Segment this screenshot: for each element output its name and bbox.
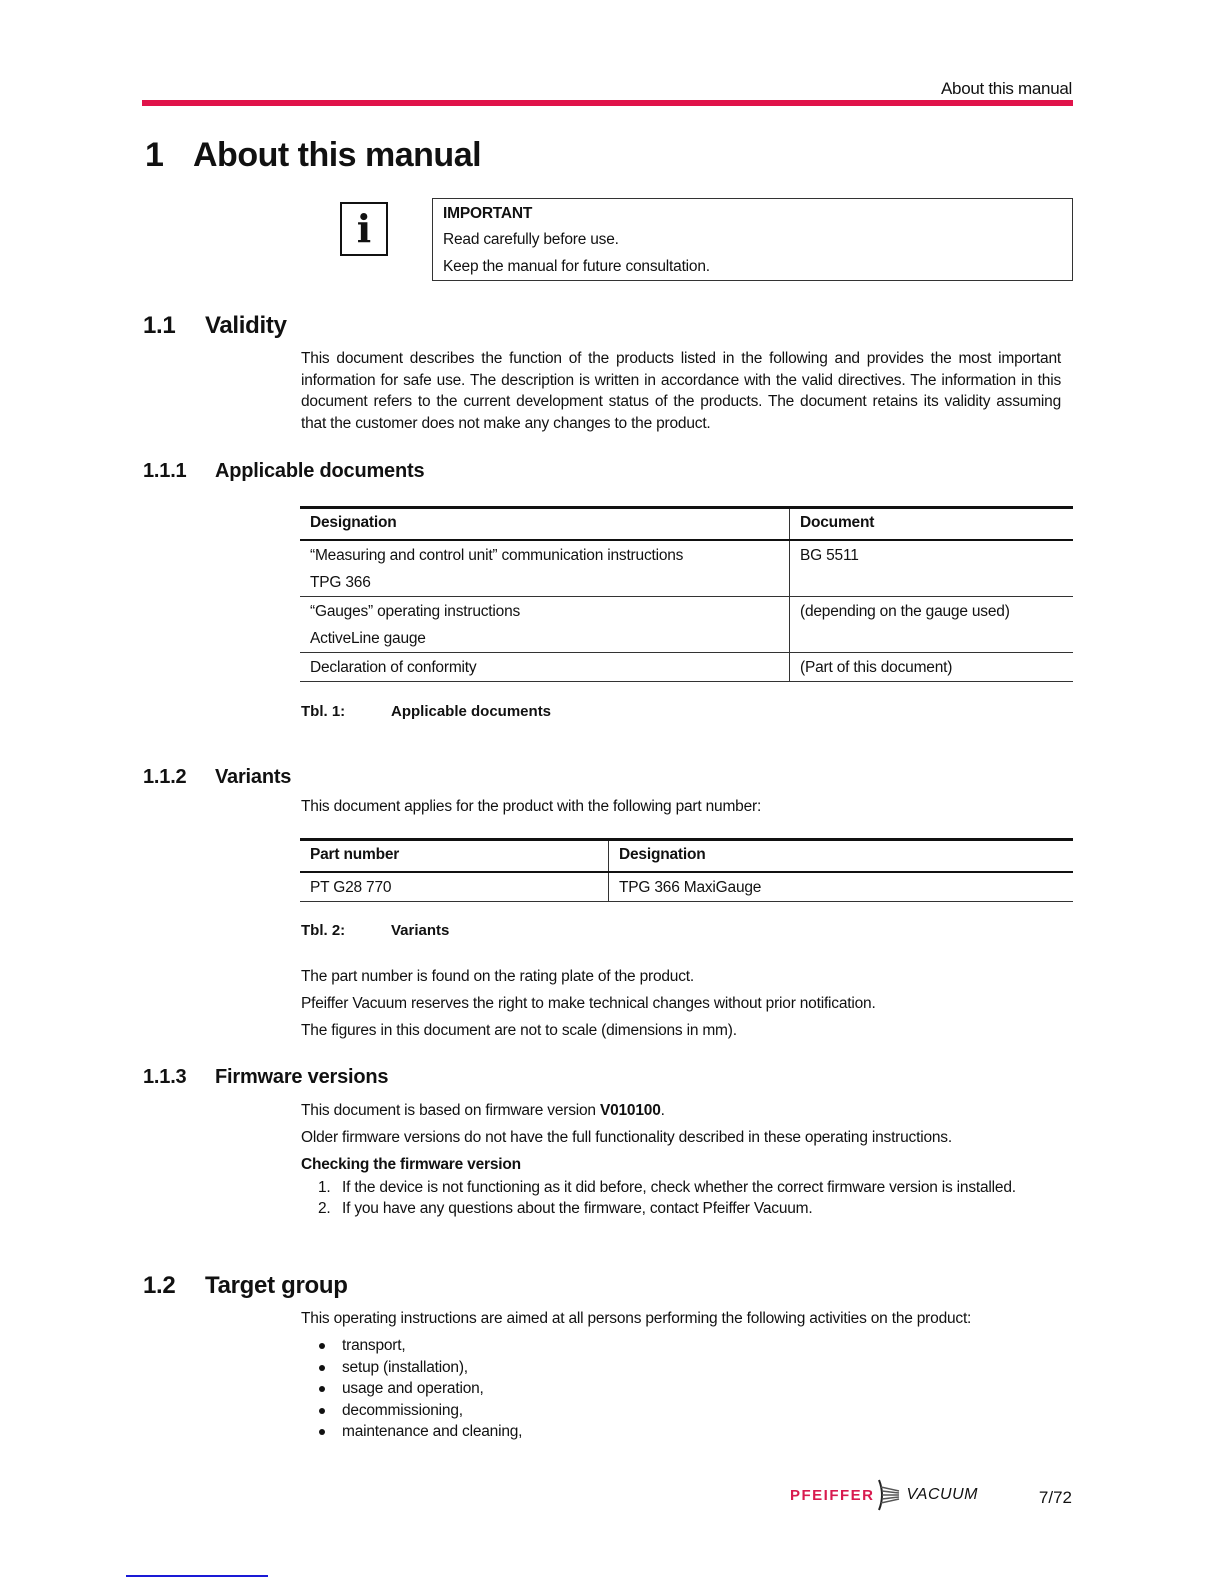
applicable-documents-table: Designation Document “Measuring and cont… xyxy=(300,506,1073,682)
list-item: transport, xyxy=(317,1335,522,1357)
table-caption: Tbl. 1:Applicable documents xyxy=(301,703,551,720)
bullet-icon xyxy=(317,1378,342,1400)
column-header: Document xyxy=(790,508,1074,541)
pfeiffer-vacuum-logo: PFEIFFER VACUUM xyxy=(790,1478,978,1512)
variants-intro: This document applies for the product wi… xyxy=(301,796,761,818)
section-heading-applicable-documents: 1.1.1Applicable documents xyxy=(143,460,424,483)
section-heading-validity: 1.1Validity xyxy=(143,312,287,340)
column-header: Designation xyxy=(609,840,1074,873)
target-group-list: transport, setup (installation), usage a… xyxy=(317,1335,522,1443)
section-heading-firmware: 1.1.3Firmware versions xyxy=(143,1066,388,1089)
step-item: 2.If you have any questions about the fi… xyxy=(318,1198,1053,1219)
note-line: Pfeiffer Vacuum reserves the right to ma… xyxy=(301,990,876,1017)
section-heading-target-group: 1.2Target group xyxy=(143,1272,348,1300)
list-item: maintenance and cleaning, xyxy=(317,1421,522,1443)
chapter-heading: 1About this manual xyxy=(145,136,481,175)
table-row: Declaration of conformity (Part of this … xyxy=(300,653,1073,682)
validity-paragraph: This document describes the function of … xyxy=(301,348,1061,434)
bullet-icon xyxy=(317,1357,342,1379)
info-icon: i xyxy=(340,202,388,256)
firmware-subheading: Checking the firmware version xyxy=(301,1151,952,1178)
bullet-icon xyxy=(317,1335,342,1357)
firmware-version-line: This document is based on firmware versi… xyxy=(301,1097,952,1124)
list-item: decommissioning, xyxy=(317,1400,522,1422)
header-rule xyxy=(142,100,1073,106)
table-row: PT G28 770 TPG 366 MaxiGauge xyxy=(300,872,1073,902)
bullet-icon xyxy=(317,1421,342,1443)
list-item: setup (installation), xyxy=(317,1357,522,1379)
notice-line: Read carefully before use. xyxy=(443,226,1062,253)
logo-text-vacuum: VACUUM xyxy=(907,1486,978,1504)
notice-line: Keep the manual for future consultation. xyxy=(443,253,1062,280)
step-item: 1.If the device is not functioning as it… xyxy=(318,1177,1053,1198)
important-notice: IMPORTANT Read carefully before use. Kee… xyxy=(432,198,1073,281)
logo-mark-icon xyxy=(875,1478,901,1512)
chapter-title: About this manual xyxy=(193,136,481,174)
table-row: “Gauges” operating instructionsActiveLin… xyxy=(300,597,1073,653)
notice-title: IMPORTANT xyxy=(443,202,1062,226)
note-line: The part number is found on the rating p… xyxy=(301,963,876,990)
section-heading-variants: 1.1.2Variants xyxy=(143,766,291,789)
column-header: Part number xyxy=(300,840,609,873)
page-number: 7/72 xyxy=(1000,1488,1072,1508)
variants-table: Part number Designation PT G28 770 TPG 3… xyxy=(300,838,1073,902)
variants-notes: The part number is found on the rating p… xyxy=(301,963,876,1044)
footnote-link-rule xyxy=(126,1575,268,1577)
column-header: Designation xyxy=(300,508,790,541)
firmware-text: This document is based on firmware versi… xyxy=(301,1097,952,1178)
table-caption: Tbl. 2:Variants xyxy=(301,922,449,939)
table-row: “Measuring and control unit” communicati… xyxy=(300,540,1073,597)
target-group-intro: This operating instructions are aimed at… xyxy=(301,1308,971,1330)
firmware-version: V010100 xyxy=(600,1102,661,1119)
chapter-number: 1 xyxy=(145,136,193,175)
list-item: usage and operation, xyxy=(317,1378,522,1400)
running-header: About this manual xyxy=(700,79,1072,99)
note-line: The figures in this document are not to … xyxy=(301,1017,876,1044)
firmware-steps: 1.If the device is not functioning as it… xyxy=(318,1177,1053,1219)
logo-text-pfeiffer: PFEIFFER xyxy=(790,1487,875,1504)
firmware-note: Older firmware versions do not have the … xyxy=(301,1124,952,1151)
bullet-icon xyxy=(317,1400,342,1422)
